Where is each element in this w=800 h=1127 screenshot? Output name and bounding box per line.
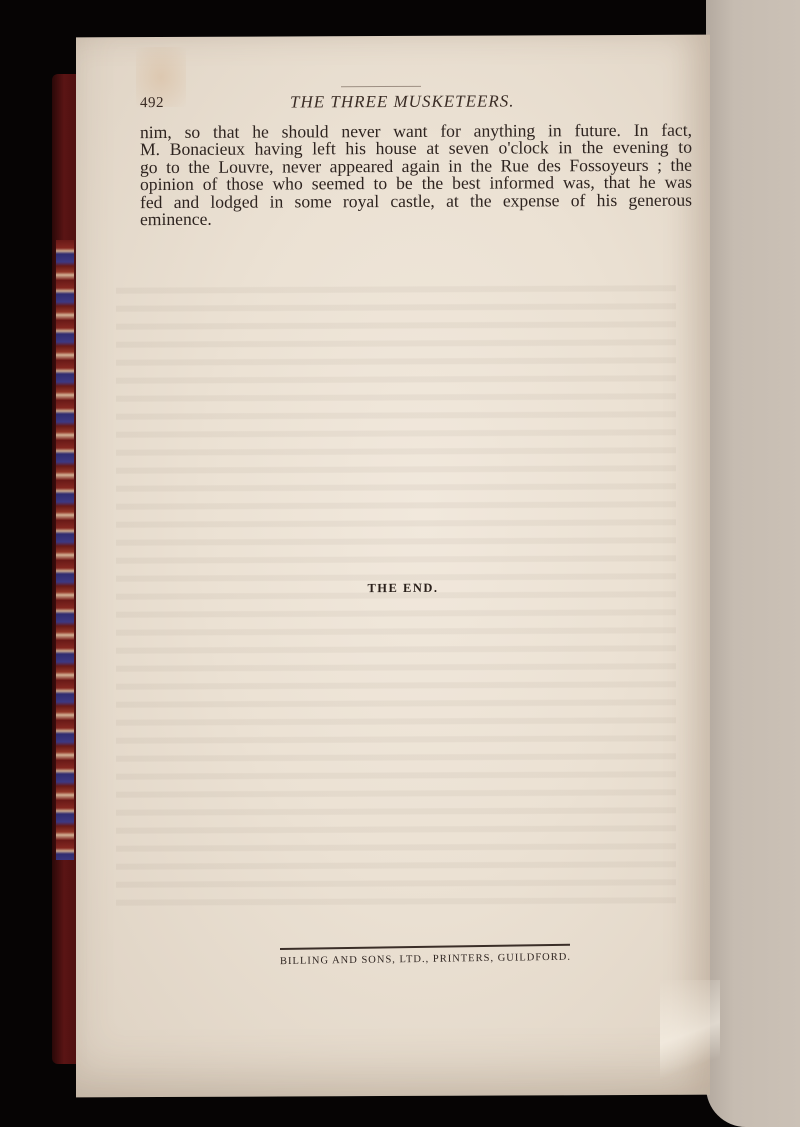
printer-imprint: BILLING AND SONS, LTD., PRINTERS, GUILDF… [280, 952, 580, 967]
running-title: THE THREE MUSKETEERS. [290, 91, 515, 112]
header-ornament-rule [341, 86, 421, 87]
body-paragraph: nim, so that he should never want for an… [140, 122, 692, 229]
text-line: eminence. [140, 209, 692, 229]
facing-page [706, 0, 800, 1127]
running-head: 492 THE THREE MUSKETEERS. [140, 91, 700, 93]
book-page: 492 THE THREE MUSKETEERS. nim, so that h… [76, 35, 710, 1098]
page-number: 492 [140, 95, 164, 112]
imprint-rule [280, 944, 570, 950]
page-curl-highlight [660, 980, 720, 1100]
text-line: fed and lodged in some royal castle, at … [140, 191, 692, 211]
marbled-endpaper-edge [56, 240, 74, 860]
the-end-heading: THE END. [76, 580, 710, 598]
photo-scene: 492 THE THREE MUSKETEERS. nim, so that h… [0, 0, 800, 1127]
